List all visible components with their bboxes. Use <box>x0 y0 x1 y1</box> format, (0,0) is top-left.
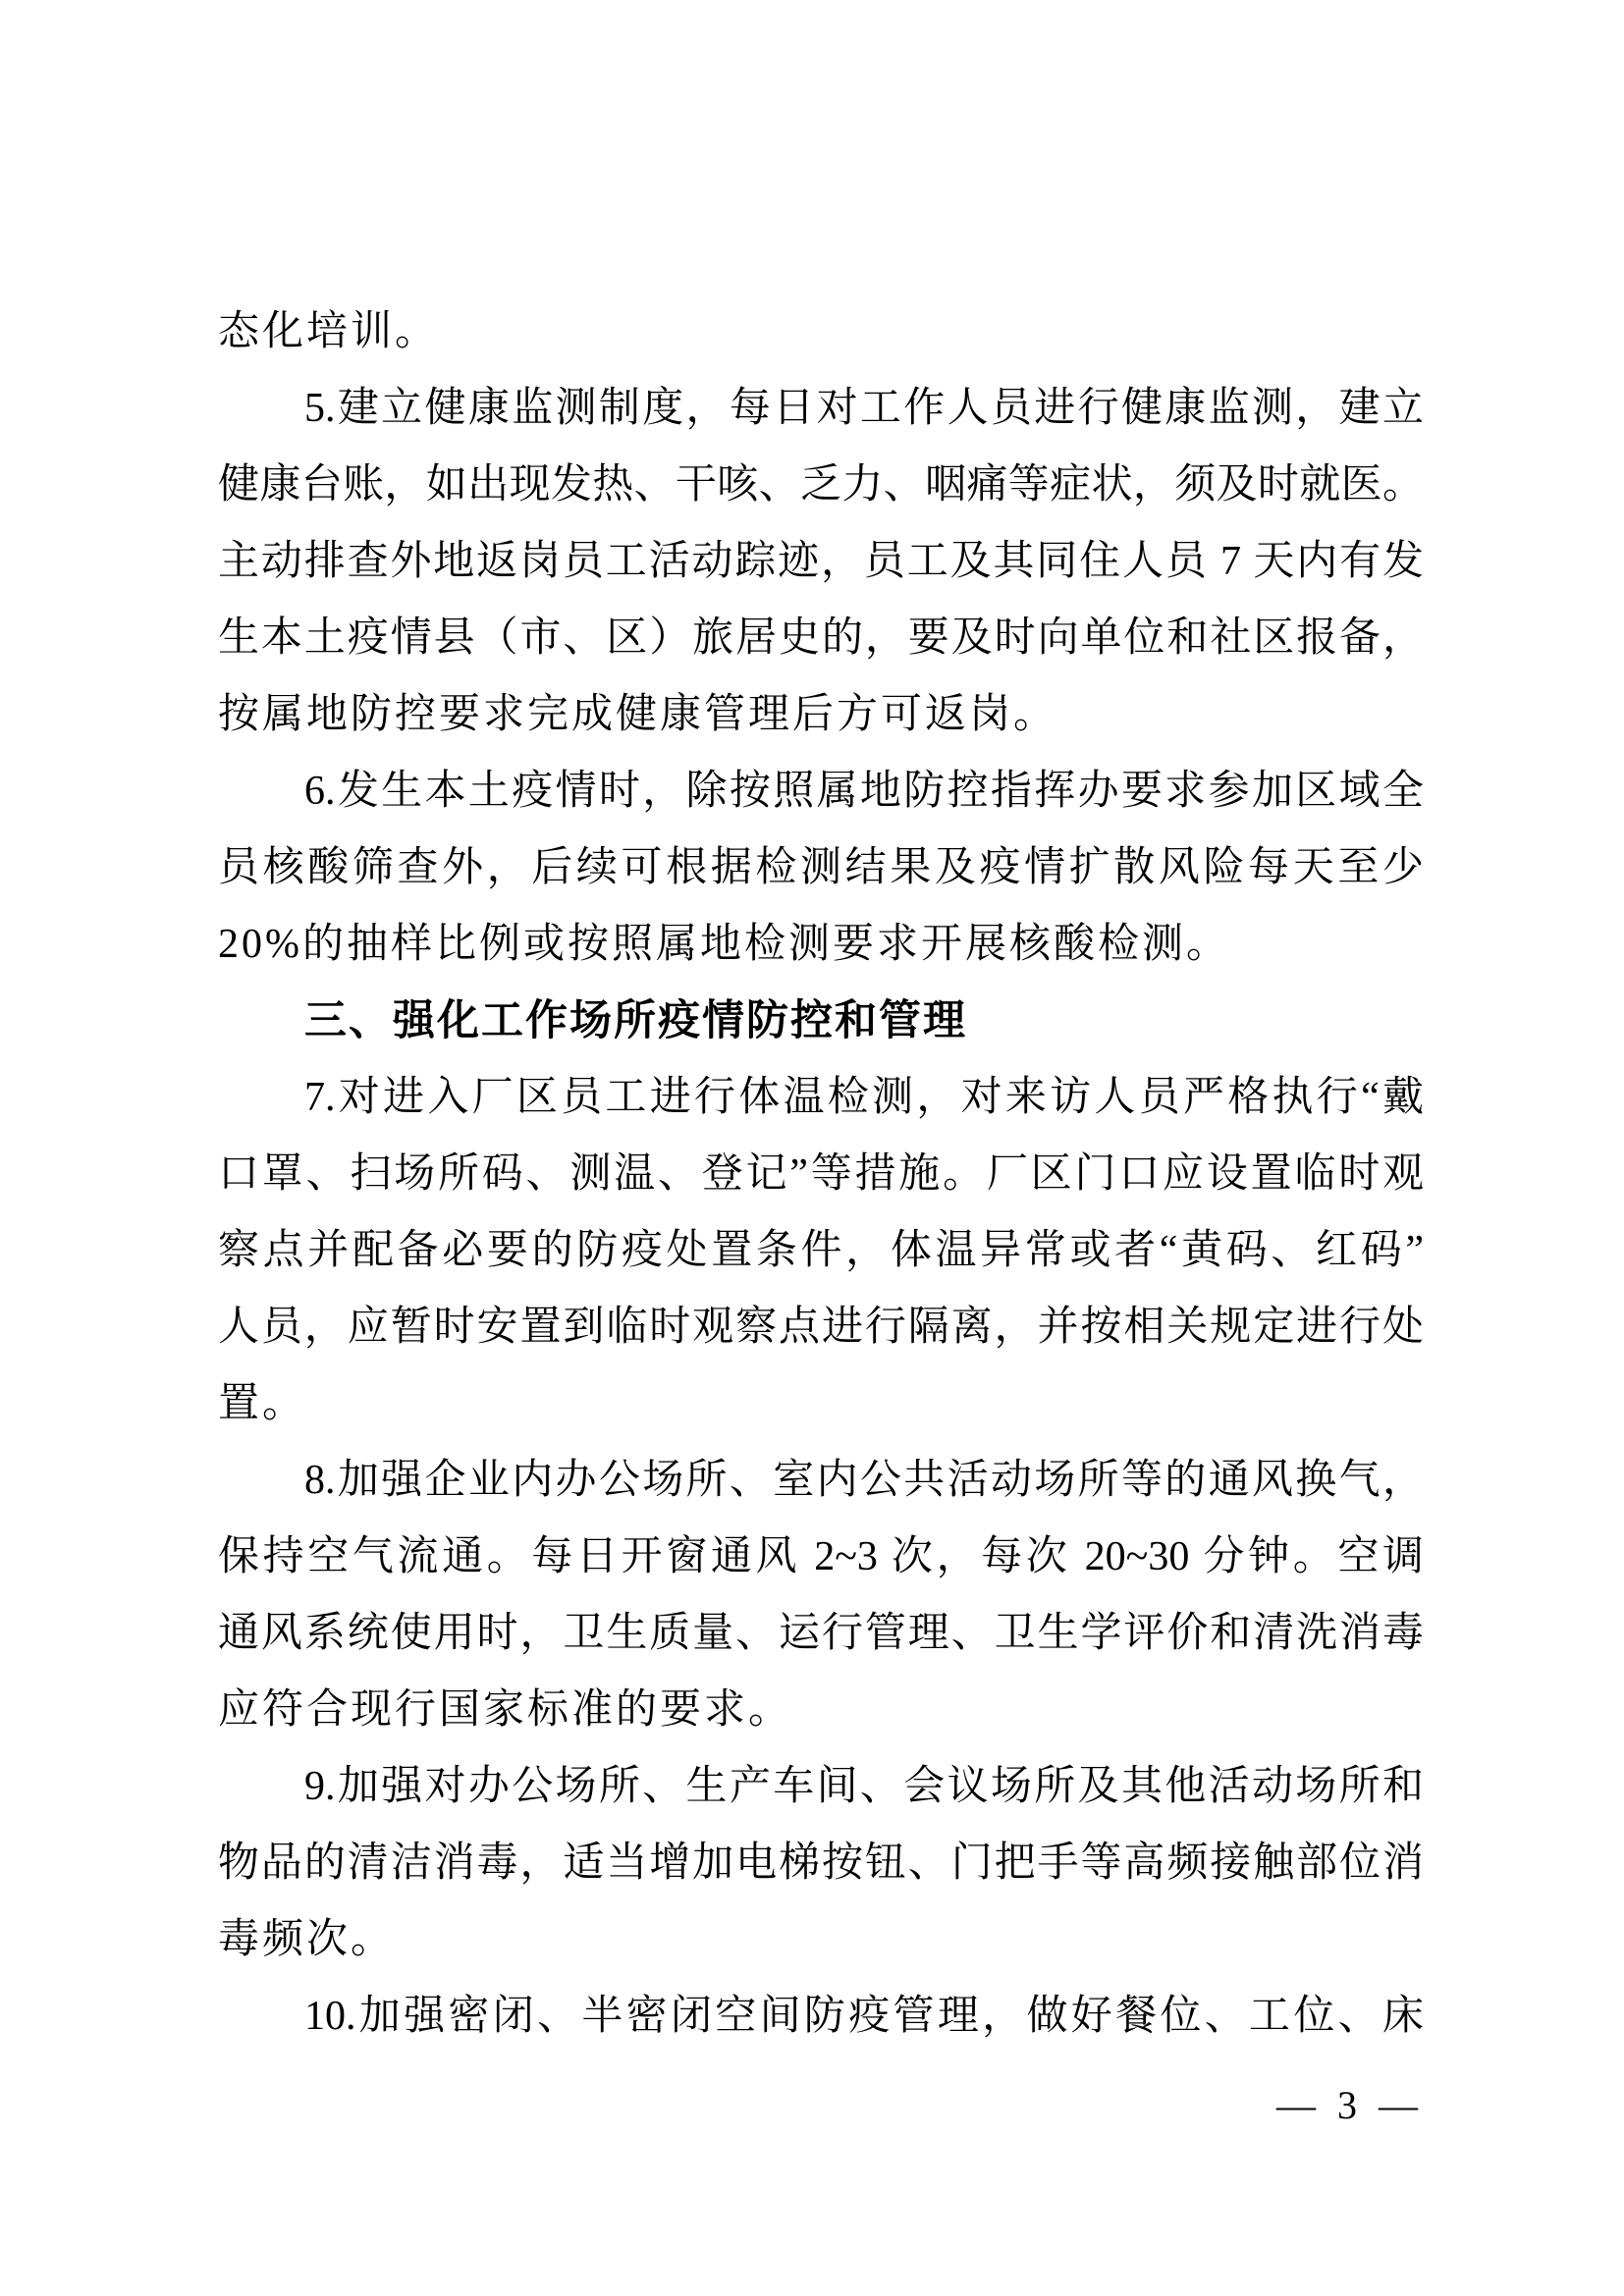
text-line: 按属地防控要求完成健康管理后方可返岗。 <box>218 676 1424 753</box>
text-line: 人员，应暂时安置到临时观察点进行隔离，并按相关规定进行处 <box>218 1289 1424 1365</box>
text-line: 主动排查外地返岗员工活动踪迹，员工及其同住人员 7 天内有发 <box>218 523 1424 600</box>
section-heading: 三、强化工作场所疫情防控和管理 <box>218 983 1424 1059</box>
text-line: 健康台账，如出现发热、干咳、乏力、咽痛等症状，须及时就医。 <box>218 447 1424 523</box>
text-line: 态化培训。 <box>218 294 1424 370</box>
text-line: 9.加强对办公场所、生产车间、会议场所及其他活动场所和 <box>218 1748 1424 1825</box>
text-line: 通风系统使用时，卫生质量、运行管理、卫生学评价和清洗消毒 <box>218 1595 1424 1672</box>
text-line: 8.加强企业内办公场所、室内公共活动场所等的通风换气， <box>218 1442 1424 1519</box>
text-line: 毒频次。 <box>218 1901 1424 1978</box>
text-line: 7.对进入厂区员工进行体温检测，对来访人员严格执行“戴 <box>218 1059 1424 1136</box>
text-line: 应符合现行国家标准的要求。 <box>218 1672 1424 1748</box>
text-line: 保持空气流通。每日开窗通风 2~3 次，每次 20~30 分钟。空调 <box>218 1519 1424 1595</box>
page-number: — 3 — <box>1276 2083 1424 2128</box>
document-body: 态化培训。 5.建立健康监测制度，每日对工作人员进行健康监测，建立 健康台账，如… <box>218 294 1424 2055</box>
text-line: 5.建立健康监测制度，每日对工作人员进行健康监测，建立 <box>218 370 1424 447</box>
text-line: 察点并配备必要的防疫处置条件，体温异常或者“黄码、红码” <box>218 1212 1424 1289</box>
text-line: 物品的清洁消毒，适当增加电梯按钮、门把手等高频接触部位消 <box>218 1825 1424 1901</box>
text-line: 口罩、扫场所码、测温、登记”等措施。厂区门口应设置临时观 <box>218 1136 1424 1212</box>
text-line: 6.发生本土疫情时，除按照属地防控指挥办要求参加区域全 <box>218 753 1424 829</box>
text-line: 员核酸筛查外，后续可根据检测结果及疫情扩散风险每天至少 <box>218 829 1424 906</box>
text-line: 10.加强密闭、半密闭空间防疫管理，做好餐位、工位、床 <box>218 1978 1424 2055</box>
text-line: 20%的抽样比例或按照属地检测要求开展核酸检测。 <box>218 906 1424 983</box>
text-line: 置。 <box>218 1365 1424 1442</box>
document-page: 态化培训。 5.建立健康监测制度，每日对工作人员进行健康监测，建立 健康台账，如… <box>0 0 1624 2296</box>
text-line: 生本土疫情县（市、区）旅居史的，要及时向单位和社区报备， <box>218 600 1424 676</box>
